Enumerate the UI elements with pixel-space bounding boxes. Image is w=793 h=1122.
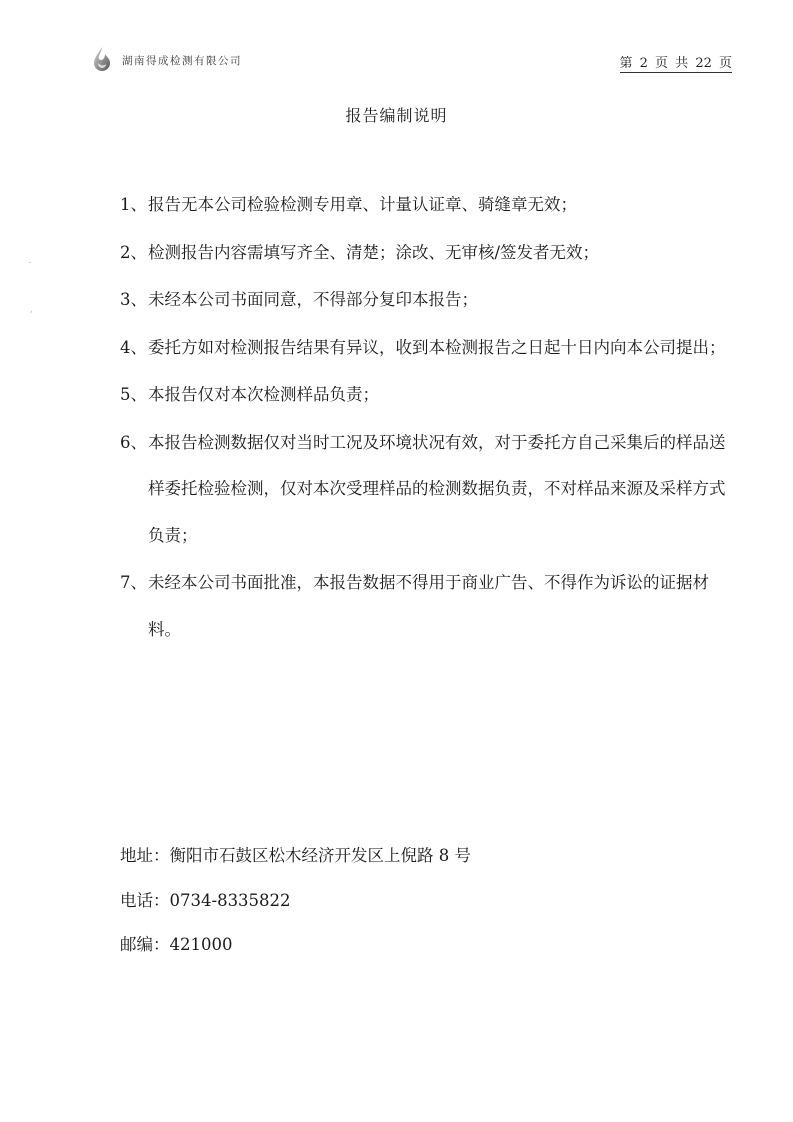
- item-number: 5、: [120, 372, 148, 419]
- list-item: 6、 本报告检测数据仅对当时工况及环境状况有效，对于委托方自己采集后的样品送样委…: [120, 420, 730, 560]
- list-item: 2、 检测报告内容需填写齐全、清楚；涂改、无审核/签发者无效；: [120, 230, 730, 277]
- page-title: 报告编制说明: [0, 103, 793, 126]
- item-number: 3、: [120, 277, 148, 324]
- item-text: 检测报告内容需填写齐全、清楚；涂改、无审核/签发者无效；: [148, 230, 730, 277]
- item-number: 2、: [120, 230, 148, 277]
- page-header: 湖南得成检测有限公司 第 2 页 共 22 页: [92, 44, 732, 74]
- scan-mark: -: [28, 258, 31, 268]
- list-item: 4、 委托方如对检测报告结果有异议，收到本检测报告之日起十日内向本公司提出；: [120, 325, 730, 372]
- item-text: 委托方如对检测报告结果有异议，收到本检测报告之日起十日内向本公司提出；: [148, 325, 730, 372]
- list-item: 1、 报告无本公司检验检测专用章、计量认证章、骑缝章无效；: [120, 182, 730, 229]
- item-number: 6、: [120, 420, 148, 560]
- flame-drop-logo-icon: [92, 46, 112, 72]
- item-number: 7、: [120, 560, 148, 653]
- item-text: 未经本公司书面同意，不得部分复印本报告；: [148, 277, 730, 324]
- item-text: 报告无本公司检验检测专用章、计量认证章、骑缝章无效；: [148, 182, 730, 229]
- company-name: 湖南得成检测有限公司: [122, 53, 242, 68]
- item-number: 4、: [120, 325, 148, 372]
- item-text: 本报告仅对本次检测样品负责；: [148, 372, 730, 419]
- item-text: 本报告检测数据仅对当时工况及环境状况有效，对于委托方自己采集后的样品送样委托检验…: [148, 420, 730, 560]
- address: 地址：衡阳市石鼓区松木经济开发区上倪路 8 号: [120, 834, 471, 879]
- scan-mark: ,: [30, 305, 33, 315]
- list-item: 5、 本报告仅对本次检测样品负责；: [120, 372, 730, 419]
- notes-list: 1、 报告无本公司检验检测专用章、计量认证章、骑缝章无效； 2、 检测报告内容需…: [120, 182, 730, 654]
- item-text: 未经本公司书面批准，本报告数据不得用于商业广告、不得作为诉讼的证据材料。: [148, 560, 730, 653]
- list-item: 7、 未经本公司书面批准，本报告数据不得用于商业广告、不得作为诉讼的证据材料。: [120, 560, 730, 653]
- page-indicator: 第 2 页 共 22 页: [620, 52, 732, 73]
- postcode: 邮编：421000: [120, 923, 471, 968]
- list-item: 3、 未经本公司书面同意，不得部分复印本报告；: [120, 277, 730, 324]
- contact-info: 地址：衡阳市石鼓区松木经济开发区上倪路 8 号 电话：0734-8335822 …: [120, 834, 471, 968]
- item-number: 1、: [120, 182, 148, 229]
- phone: 电话：0734-8335822: [120, 879, 471, 924]
